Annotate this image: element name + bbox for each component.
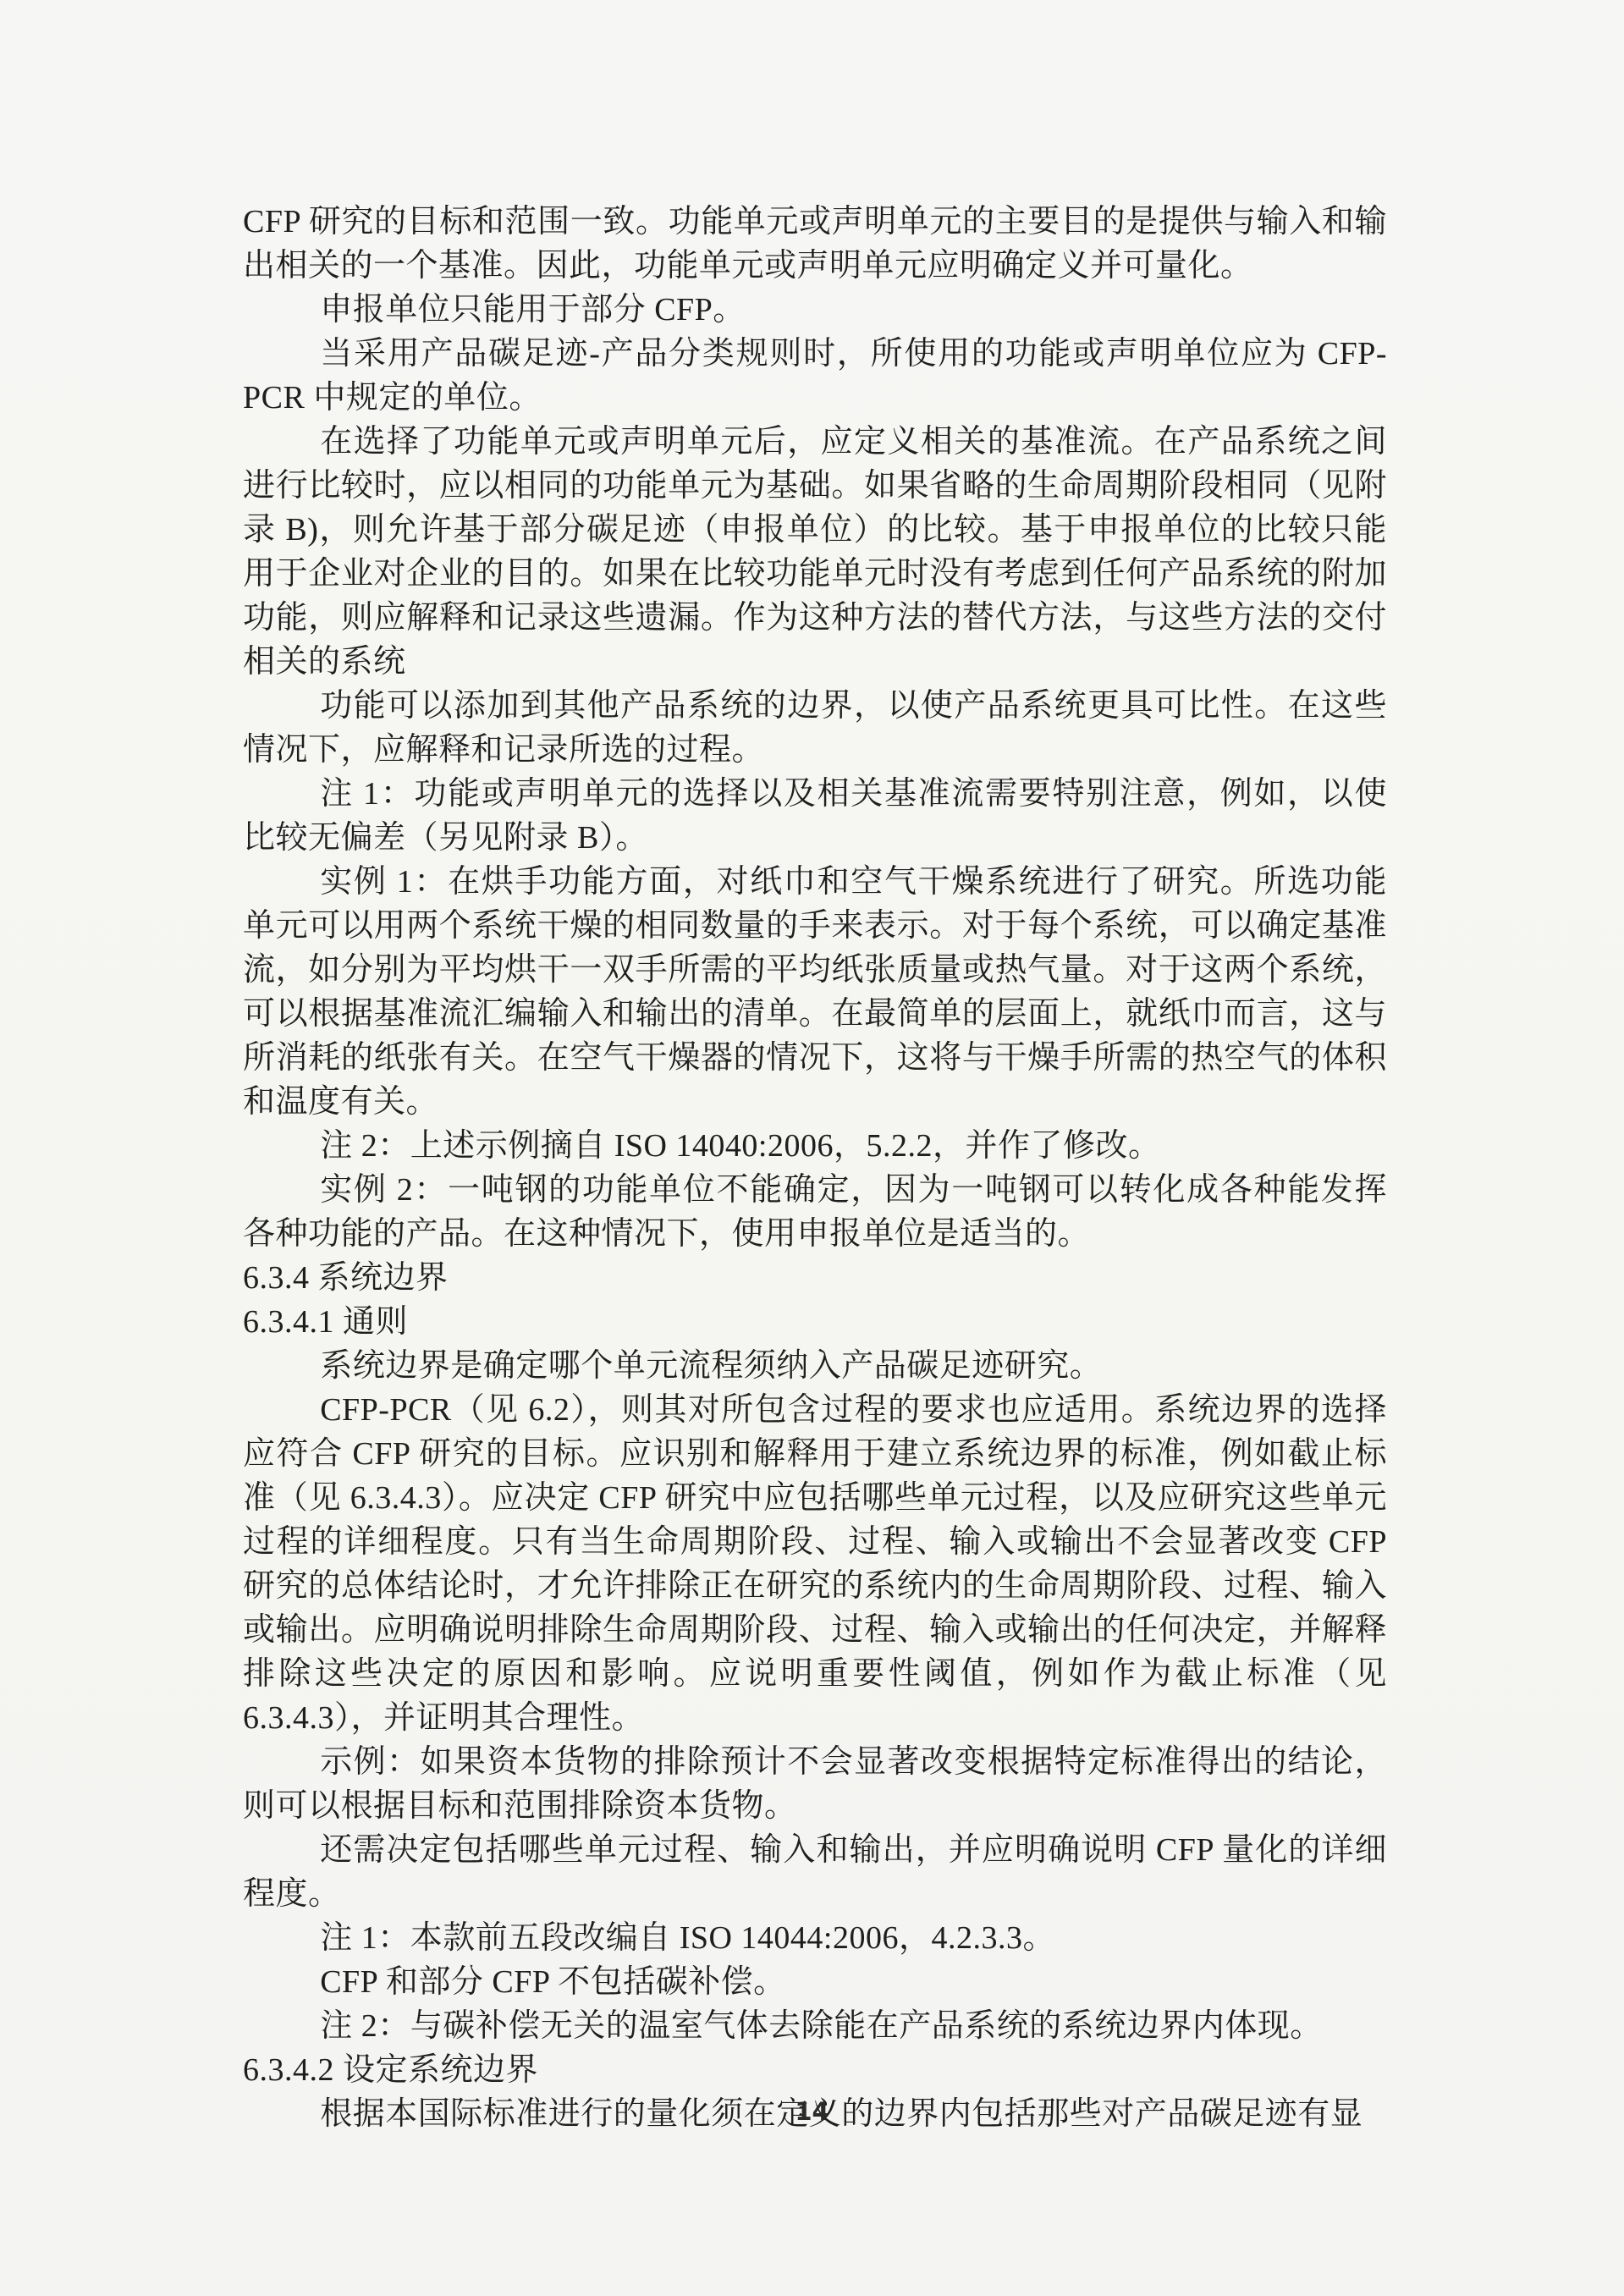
example-paragraph: 实例 2：一吨钢的功能单位不能确定，因为一吨钢可以转化成各种能发挥各种功能的产品… [243,1168,1387,1256]
paragraph: 申报单位只能用于部分 CFP。 [243,288,1387,332]
page-text-block: CFP 研究的目标和范围一致。功能单元或声明单元的主要目的是提供与输入和输出相关… [243,200,1387,2136]
page-number: 14 [0,2097,1624,2126]
note-paragraph: 注 1：功能或声明单元的选择以及相关基准流需要特别注意，例如，以使比较无偏差（另… [243,772,1387,860]
paragraph: 在选择了功能单元或声明单元后，应定义相关的基准流。在产品系统之间进行比较时，应以… [243,420,1387,684]
document-page: CFP 研究的目标和范围一致。功能单元或声明单元的主要目的是提供与输入和输出相关… [0,0,1624,2296]
section-heading: 6.3.4 系统边界 [243,1256,1387,1300]
paragraph: CFP-PCR（见 6.2），则其对所包含过程的要求也应适用。系统边界的选择应符… [243,1388,1387,1740]
note-paragraph: 注 1：本款前五段改编自 ISO 14044:2006，4.2.3.3。 [243,1916,1387,1960]
example-paragraph: 示例：如果资本货物的排除预计不会显著改变根据特定标准得出的结论，则可以根据目标和… [243,1740,1387,1828]
paragraph: 当采用产品碳足迹-产品分类规则时，所使用的功能或声明单位应为 CFP-PCR 中… [243,332,1387,420]
paragraph: 功能可以添加到其他产品系统的边界，以使产品系统更具可比性。在这些情况下，应解释和… [243,684,1387,772]
note-paragraph: 注 2：上述示例摘自 ISO 14040:2006，5.2.2，并作了修改。 [243,1124,1387,1168]
paragraph: CFP 和部分 CFP 不包括碳补偿。 [243,1960,1387,2004]
paragraph: CFP 研究的目标和范围一致。功能单元或声明单元的主要目的是提供与输入和输出相关… [243,200,1387,288]
paragraph: 还需决定包括哪些单元过程、输入和输出，并应明确说明 CFP 量化的详细程度。 [243,1828,1387,1916]
section-heading: 6.3.4.2 设定系统边界 [243,2048,1387,2092]
example-paragraph: 实例 1：在烘手功能方面，对纸巾和空气干燥系统进行了研究。所选功能单元可以用两个… [243,860,1387,1124]
note-paragraph: 注 2：与碳补偿无关的温室气体去除能在产品系统的系统边界内体现。 [243,2004,1387,2048]
section-heading: 6.3.4.1 通则 [243,1300,1387,1344]
paragraph: 系统边界是确定哪个单元流程须纳入产品碳足迹研究。 [243,1344,1387,1388]
